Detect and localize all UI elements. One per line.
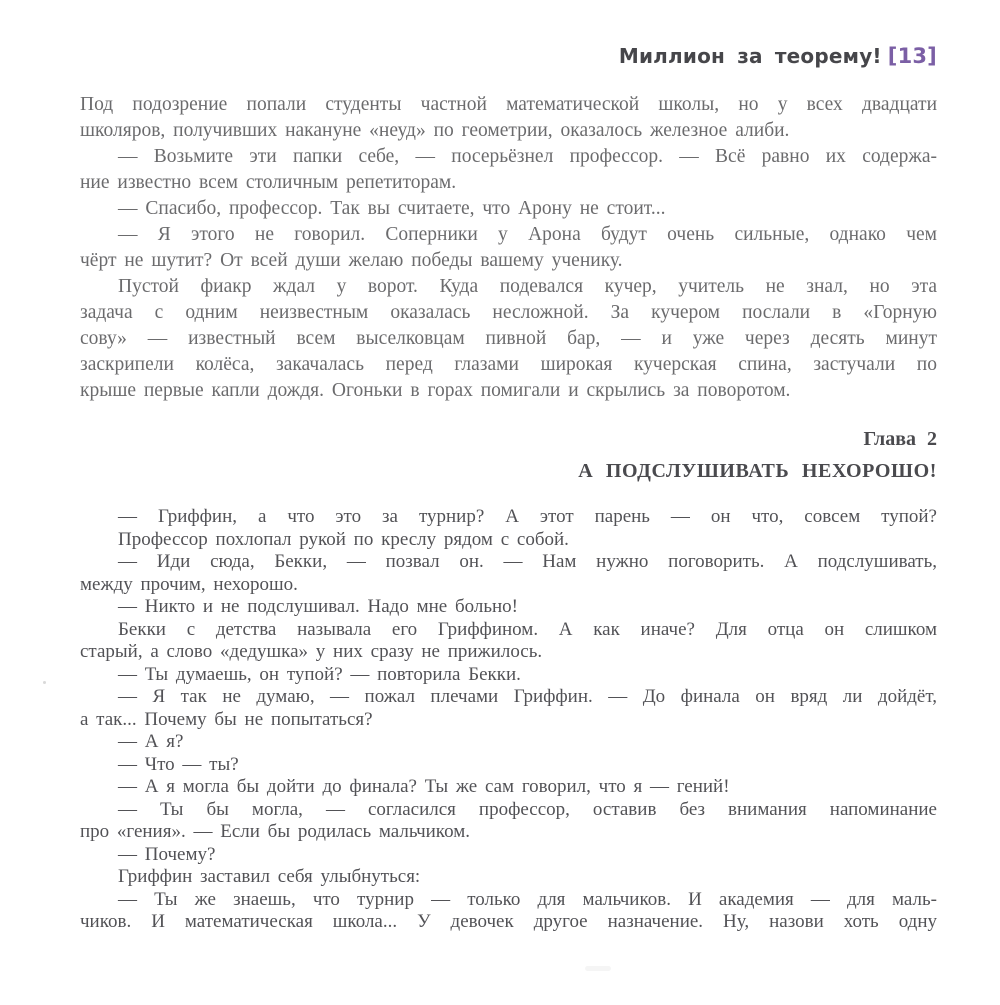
text-block-chapter: — Гриффин, а что это за турнир? А этот п… <box>80 506 937 934</box>
text-line: — Я так не думаю, — пожал плечами Гриффи… <box>80 686 937 709</box>
text-line: Бекки с детства называла его Гриффином. … <box>80 619 937 642</box>
text-line: между прочим, нехорошо. <box>80 574 937 597</box>
running-head: Миллион за теорему![13] <box>619 44 937 68</box>
text-line: заскрипели колёса, закачалась перед глаз… <box>80 352 937 378</box>
book-title: Миллион за теорему! <box>619 44 882 68</box>
text-line: чёрт не шутит? От всей души желаю победы… <box>80 248 937 274</box>
text-line: крыше первые капли дождя. Огоньки в гора… <box>80 378 937 404</box>
text-block-intro: Под подозрение попали студенты частной м… <box>80 92 937 404</box>
text-line: — Ты думаешь, он тупой? — повторила Бекк… <box>80 664 937 687</box>
chapter-title: А ПОДСЛУШИВАТЬ НЕХОРОШО! <box>578 460 937 483</box>
text-line: Пустой фиакр ждал у ворот. Куда подевалс… <box>80 274 937 300</box>
text-line: сову» — известный всем выселковцам пивно… <box>80 326 937 352</box>
text-line: — Ты же знаешь, что турнир — только для … <box>80 889 937 912</box>
text-line: про «гения». — Если бы родилась мальчико… <box>80 821 937 844</box>
text-line: Под подозрение попали студенты частной м… <box>80 92 937 118</box>
text-line: — Возьмите эти папки себе, — посерьёзнел… <box>80 144 937 170</box>
text-line: чиков. И математическая школа... У девоч… <box>80 911 937 934</box>
text-line: Профессор похлопал рукой по креслу рядом… <box>80 529 937 552</box>
text-line: ние известно всем столичным репетиторам. <box>80 170 937 196</box>
text-line: Гриффин заставил себя улыбнуться: <box>80 866 937 889</box>
chapter-heading: Глава 2 А ПОДСЛУШИВАТЬ НЕХОРОШО! <box>578 428 937 483</box>
text-line: — Что — ты? <box>80 754 937 777</box>
text-line: — А я могла бы дойти до финала? Ты же са… <box>80 776 937 799</box>
text-line: — А я? <box>80 731 937 754</box>
text-line: — Гриффин, а что это за турнир? А этот п… <box>80 506 937 529</box>
scan-smudge <box>585 966 611 971</box>
chapter-number: Глава 2 <box>578 428 937 451</box>
text-line: — Спасибо, профессор. Так вы считаете, ч… <box>80 196 937 222</box>
text-line: — Ты бы могла, — согласился профессор, о… <box>80 799 937 822</box>
text-line: а так... Почему бы не попытаться? <box>80 709 937 732</box>
text-line: задача с одним неизвестным оказалась нес… <box>80 300 937 326</box>
text-line: — Иди сюда, Бекки, — позвал он. — Нам ну… <box>80 551 937 574</box>
page-number: [13] <box>888 44 937 68</box>
scan-speck <box>43 681 46 684</box>
text-line: старый, а слово «дедушка» у них сразу не… <box>80 641 937 664</box>
text-line: — Никто и не подслушивал. Надо мне больн… <box>80 596 937 619</box>
book-page: Миллион за теорему![13] Под подозрение п… <box>0 0 1000 1005</box>
text-line: школяров, получивших накануне «неуд» по … <box>80 118 937 144</box>
text-line: — Почему? <box>80 844 937 867</box>
text-line: — Я этого не говорил. Соперники у Арона … <box>80 222 937 248</box>
